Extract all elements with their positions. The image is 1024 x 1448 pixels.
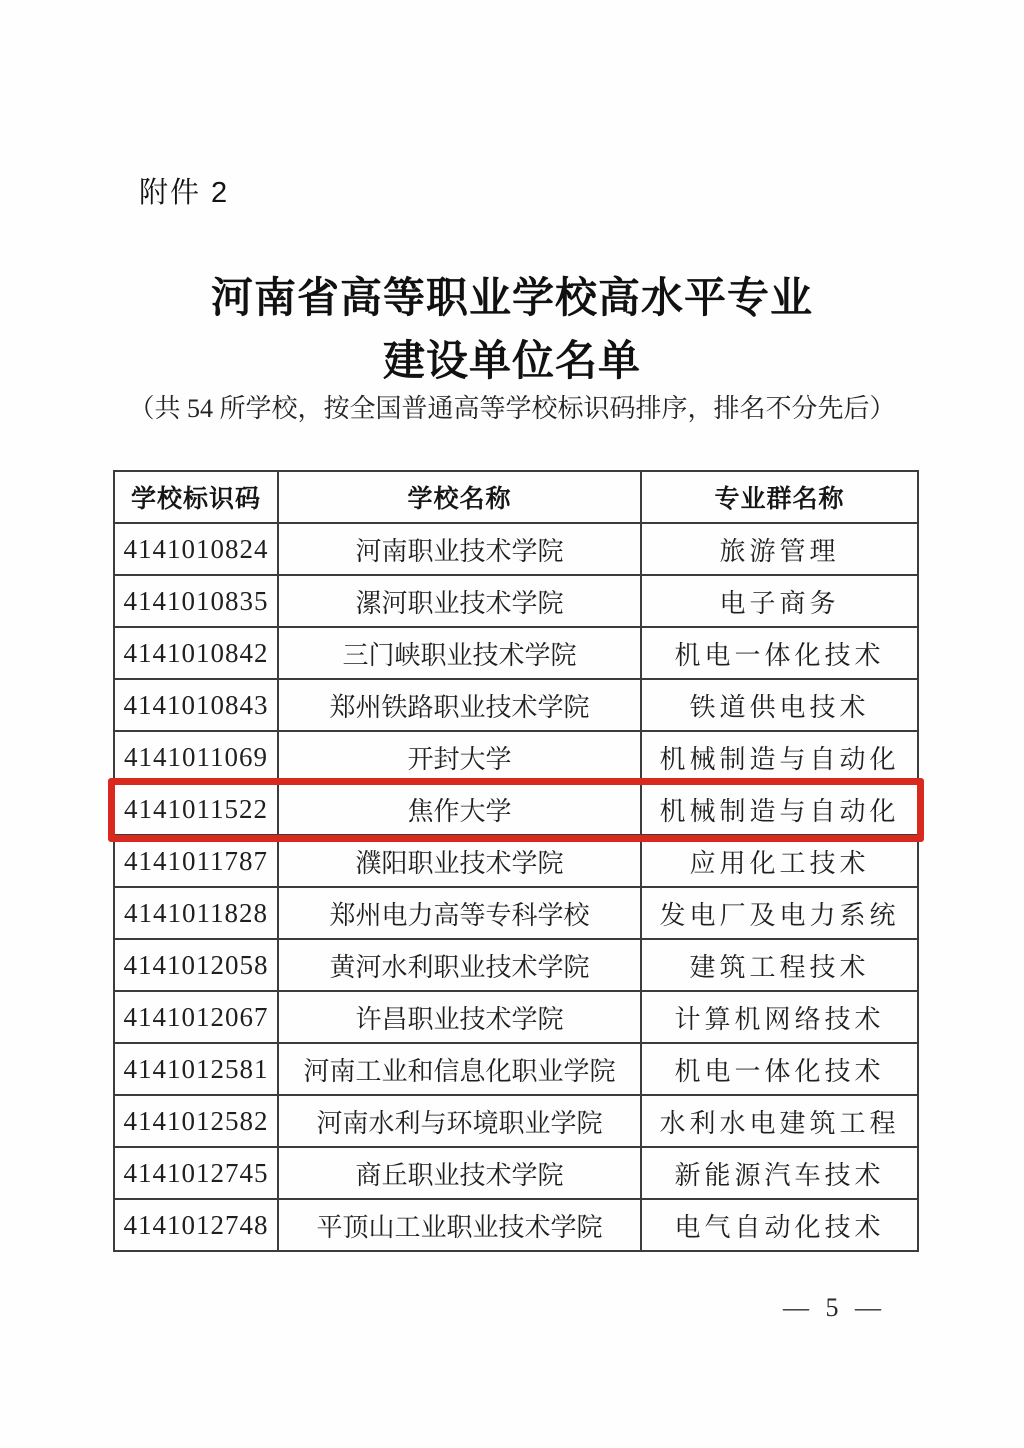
document-title: 河南省高等职业学校高水平专业 建设单位名单: [0, 268, 1024, 394]
cell-code: 4141011828: [114, 887, 278, 939]
cell-group: 机械制造与自动化: [641, 783, 918, 835]
cell-code: 4141011522: [114, 783, 278, 835]
table-row: 4141011069开封大学机械制造与自动化: [114, 731, 918, 783]
cell-code: 4141012748: [114, 1199, 278, 1251]
cell-code: 4141012581: [114, 1043, 278, 1095]
cell-group: 机械制造与自动化: [641, 731, 918, 783]
table-row: 4141010835漯河职业技术学院电子商务: [114, 575, 918, 627]
cell-school: 漯河职业技术学院: [278, 575, 641, 627]
cell-school: 焦作大学: [278, 783, 641, 835]
cell-group: 铁道供电技术: [641, 679, 918, 731]
table-row: 4141012745商丘职业技术学院新能源汽车技术: [114, 1147, 918, 1199]
table-row: 4141012058黄河水利职业技术学院建筑工程技术: [114, 939, 918, 991]
table-body: 4141010824河南职业技术学院旅游管理4141010835漯河职业技术学院…: [114, 523, 918, 1251]
cell-school: 郑州铁路职业技术学院: [278, 679, 641, 731]
cell-group: 电子商务: [641, 575, 918, 627]
cell-school: 商丘职业技术学院: [278, 1147, 641, 1199]
cell-group: 新能源汽车技术: [641, 1147, 918, 1199]
cell-code: 4141011787: [114, 835, 278, 887]
table-row: 4141012067许昌职业技术学院计算机网络技术: [114, 991, 918, 1043]
cell-group: 电气自动化技术: [641, 1199, 918, 1251]
cell-school: 濮阳职业技术学院: [278, 835, 641, 887]
table-row: 4141011522焦作大学机械制造与自动化: [114, 783, 918, 835]
table-row: 4141011787濮阳职业技术学院应用化工技术: [114, 835, 918, 887]
header-school-code: 学校标识码: [114, 471, 278, 523]
cell-code: 4141010824: [114, 523, 278, 575]
header-school-name: 学校名称: [278, 471, 641, 523]
table-row: 4141010824河南职业技术学院旅游管理: [114, 523, 918, 575]
schools-table: 学校标识码 学校名称 专业群名称 4141010824河南职业技术学院旅游管理4…: [113, 470, 919, 1252]
cell-code: 4141011069: [114, 731, 278, 783]
cell-group: 机电一体化技术: [641, 627, 918, 679]
table-row: 4141012748平顶山工业职业技术学院电气自动化技术: [114, 1199, 918, 1251]
cell-school: 平顶山工业职业技术学院: [278, 1199, 641, 1251]
document-page: 附件 2 河南省高等职业学校高水平专业 建设单位名单 （共 54 所学校，按全国…: [0, 0, 1024, 1448]
attachment-label: 附件 2: [139, 170, 229, 211]
cell-group: 机电一体化技术: [641, 1043, 918, 1095]
cell-school: 河南水利与环境职业学院: [278, 1095, 641, 1147]
cell-code: 4141012582: [114, 1095, 278, 1147]
header-group-name: 专业群名称: [641, 471, 918, 523]
cell-school: 三门峡职业技术学院: [278, 627, 641, 679]
table-row: 4141010843郑州铁路职业技术学院铁道供电技术: [114, 679, 918, 731]
cell-school: 河南职业技术学院: [278, 523, 641, 575]
cell-group: 计算机网络技术: [641, 991, 918, 1043]
cell-group: 发电厂及电力系统: [641, 887, 918, 939]
cell-school: 开封大学: [278, 731, 641, 783]
cell-group: 水利水电建筑工程: [641, 1095, 918, 1147]
cell-group: 应用化工技术: [641, 835, 918, 887]
cell-code: 4141012058: [114, 939, 278, 991]
cell-school: 郑州电力高等专科学校: [278, 887, 641, 939]
cell-school: 许昌职业技术学院: [278, 991, 641, 1043]
title-line-1: 河南省高等职业学校高水平专业: [0, 268, 1024, 331]
title-line-2: 建设单位名单: [0, 331, 1024, 394]
cell-code: 4141010842: [114, 627, 278, 679]
cell-group: 旅游管理: [641, 523, 918, 575]
cell-code: 4141012067: [114, 991, 278, 1043]
cell-code: 4141010835: [114, 575, 278, 627]
cell-code: 4141010843: [114, 679, 278, 731]
table-row: 4141012581河南工业和信息化职业学院机电一体化技术: [114, 1043, 918, 1095]
table-header-row: 学校标识码 学校名称 专业群名称: [114, 471, 918, 523]
cell-school: 河南工业和信息化职业学院: [278, 1043, 641, 1095]
table-row: 4141010842三门峡职业技术学院机电一体化技术: [114, 627, 918, 679]
page-number: — 5 —: [783, 1293, 886, 1323]
cell-school: 黄河水利职业技术学院: [278, 939, 641, 991]
document-subtitle: （共 54 所学校，按全国普通高等学校标识码排序，排名不分先后）: [0, 393, 1024, 425]
cell-code: 4141012745: [114, 1147, 278, 1199]
cell-group: 建筑工程技术: [641, 939, 918, 991]
table-row: 4141012582河南水利与环境职业学院水利水电建筑工程: [114, 1095, 918, 1147]
table-row: 4141011828郑州电力高等专科学校发电厂及电力系统: [114, 887, 918, 939]
